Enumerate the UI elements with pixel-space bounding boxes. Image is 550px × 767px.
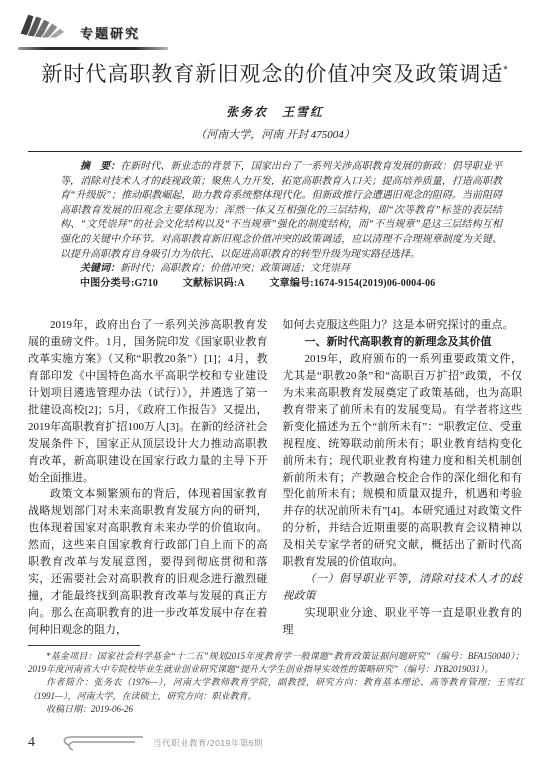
section-banner-label: 专题研究 [80, 23, 140, 45]
right-column: 如何去克服这些阻力？这是本研究探讨的重点。 一、新时代高职教育的新理念及其价值 … [283, 317, 523, 638]
article-title: 新时代高职教育新旧观念的价值冲突及政策调适* [0, 58, 550, 88]
footnote-received: 收稿日期：2019-06-26 [28, 703, 524, 716]
paragraph: 2019年，政府出台了一系列关涉高职教育发展的重磅文件。1月，国务院印发《国家职… [28, 317, 268, 486]
meta-line: 中图分类号:G710 文献标识码:A 文章编号:1674-9154(2019)0… [60, 277, 502, 292]
doc-code: 文献标识码:A [183, 278, 245, 289]
footnotes: *基金项目：国家社会科学基金“十二五”规划2015年度教育学一般课题“教育政策证… [28, 650, 524, 717]
footer-ornament-icon [49, 730, 145, 757]
footnote-fund: *基金项目：国家社会科学基金“十二五”规划2015年度教育学一般课题“教育政策证… [28, 650, 524, 677]
authors: 张务农 王雪红 [0, 103, 550, 120]
footnote-separator [28, 645, 140, 646]
page-number: 4 [28, 735, 35, 751]
clc-number: 中图分类号:G710 [80, 278, 158, 289]
banner-underline [18, 47, 168, 50]
stacked-books-icon [18, 10, 70, 45]
left-column: 2019年，政府出台了一系列关涉高职教育发展的重磅文件。1月，国务院印发《国家职… [28, 317, 268, 638]
keywords-label: 关键词： [80, 263, 120, 274]
subsection-heading: （一）倡导职业平等，清除对技术人才的歧视政策 [283, 571, 523, 605]
page-footer: 4 当代职业教育/2019年第6期 [28, 731, 522, 755]
keywords: 关键词：新时代；高职教育；价值冲突；政策调适；文凭崇拜 [60, 262, 502, 277]
journal-name: 当代职业教育/2019年第6期 [153, 737, 263, 749]
head-divider [28, 151, 522, 152]
section-banner: 专题研究 [18, 10, 168, 50]
footnote-bio: 作者简介：张务农（1976—），河南大学教师教育学院，副教授，研究方向：教育基本… [28, 676, 524, 703]
title-footnote-mark: * [503, 64, 508, 76]
paragraph: 实现职业分途、职业平等一直是职业教育的理 [283, 605, 523, 639]
abstract-block: 摘 要：在新时代、新业态的背景下，国家出台了一系列关涉高职教育发展的新政：倡导职… [60, 160, 502, 291]
affiliation: （河南大学，河南 开封 475004） [0, 126, 550, 142]
body-columns: 2019年，政府出台了一系列关涉高职教育发展的重磅文件。1月，国务院印发《国家职… [28, 317, 522, 638]
section-heading: 一、新时代高职教育的新理念及其价值 [283, 334, 523, 351]
journal-page: 专题研究 新时代高职教育新旧观念的价值冲突及政策调适* 张务农 王雪红 （河南大… [0, 0, 550, 767]
abstract: 摘 要：在新时代、新业态的背景下，国家出台了一系列关涉高职教育发展的新政：倡导职… [60, 160, 502, 262]
paragraph: 政策文本频繁颁布的背后，体现着国家教育战略规划部门对未来高职教育发展方向的研判，… [28, 486, 268, 638]
abstract-label: 摘 要： [80, 161, 120, 172]
paragraph: 如何去克服这些阻力？这是本研究探讨的重点。 [283, 317, 523, 334]
paragraph: 2019年，政府颁布的一系列重要政策文件，尤其是“职教20条”和“高职百万扩招”… [283, 351, 523, 571]
article-id: 文章编号:1674-9154(2019)06-0004-06 [269, 278, 435, 289]
